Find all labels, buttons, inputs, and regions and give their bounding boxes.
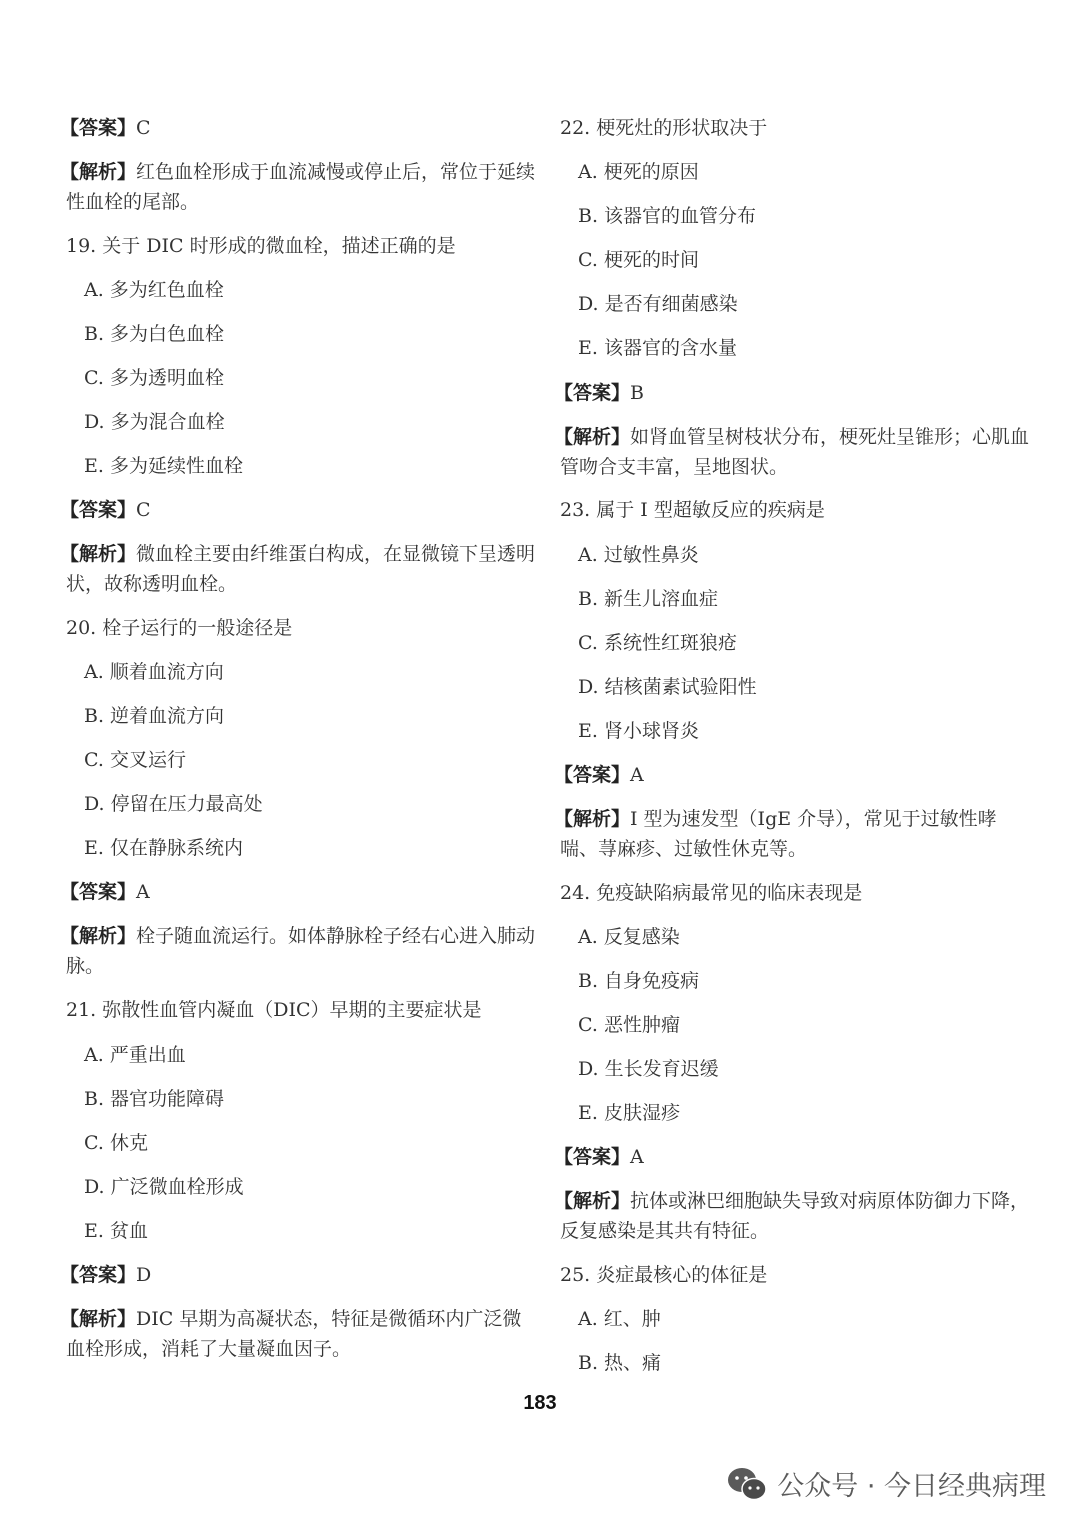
analysis-text: 抗体或淋巴细胞缺失导致对病原体防御力下降，反复感染是其共有特征。 (560, 1190, 1029, 1242)
analysis-label: 【解析】 (60, 161, 136, 183)
answer-value: A (630, 764, 644, 786)
analysis-block: 【解析】红色血栓形成于血流减慢或停止后，常位于延续性血栓的尾部。 (66, 157, 536, 217)
answer-label: 【答案】 (60, 881, 136, 903)
option: D. 停留在压力最高处 (66, 789, 554, 819)
question-25: 25. 炎症最核心的体征是 (560, 1260, 1030, 1290)
question-20: 20. 栓子运行的一般途径是 (66, 613, 536, 643)
option: E. 多为延续性血栓 (66, 451, 554, 481)
wechat-icon (725, 1466, 769, 1502)
analysis-block: 【解析】微血栓主要由纤维蛋白构成，在显微镜下呈透明状，故称透明血栓。 (66, 539, 536, 599)
option: D. 生长发育迟缓 (560, 1054, 1048, 1084)
option: B. 多为白色血栓 (66, 319, 554, 349)
option: B. 该器官的血管分布 (560, 201, 1048, 231)
answer-value: A (630, 1146, 644, 1168)
option: A. 顺着血流方向 (66, 657, 554, 687)
analysis-label: 【解析】 (60, 925, 136, 947)
answer-line: 【答案】B (560, 378, 1030, 408)
option: C. 恶性肿瘤 (560, 1010, 1048, 1040)
answer-label: 【答案】 (554, 764, 630, 786)
answer-line: 【答案】D (66, 1260, 536, 1290)
answer-line: 【答案】A (560, 1142, 1030, 1172)
question-19: 19. 关于 DIC 时形成的微血栓，描述正确的是 (66, 231, 536, 261)
option: D. 结核菌素试验阳性 (560, 672, 1048, 702)
option: E. 贫血 (66, 1216, 554, 1246)
page-number: 183 (0, 1392, 1080, 1415)
option: A. 多为红色血栓 (66, 275, 554, 305)
option: C. 休克 (66, 1128, 554, 1158)
answer-line: 【答案】A (560, 760, 1030, 790)
question-23: 23. 属于 I 型超敏反应的疾病是 (560, 495, 1030, 525)
analysis-block: 【解析】DIC 早期为高凝状态，特征是微循环内广泛微血栓形成，消耗了大量凝血因子… (66, 1304, 536, 1364)
analysis-block: 【解析】抗体或淋巴细胞缺失导致对病原体防御力下降，反复感染是其共有特征。 (560, 1186, 1030, 1246)
option: C. 多为透明血栓 (66, 363, 554, 393)
question-24: 24. 免疫缺陷病最常见的临床表现是 (560, 878, 1030, 908)
option: C. 梗死的时间 (560, 245, 1048, 275)
answer-label: 【答案】 (60, 499, 136, 521)
analysis-text: 微血栓主要由纤维蛋白构成，在显微镜下呈透明状，故称透明血栓。 (66, 543, 535, 595)
watermark-text: 公众号 · 今日经典病理 (777, 1464, 1046, 1503)
analysis-label: 【解析】 (554, 1190, 630, 1212)
option: B. 器官功能障碍 (66, 1084, 554, 1114)
analysis-block: 【解析】栓子随血流运行。如体静脉栓子经右心进入肺动脉。 (66, 921, 536, 981)
answer-label: 【答案】 (554, 1146, 630, 1168)
analysis-label: 【解析】 (60, 1308, 136, 1330)
option: C. 交叉运行 (66, 745, 554, 775)
watermark: 公众号 · 今日经典病理 (725, 1464, 1046, 1503)
option: E. 肾小球肾炎 (560, 716, 1048, 746)
analysis-label: 【解析】 (554, 426, 630, 448)
answer-value: B (630, 382, 644, 404)
answer-line: 【答案】C (66, 495, 536, 525)
answer-value: D (136, 1264, 151, 1286)
analysis-block: 【解析】如肾血管呈树枝状分布，梗死灶呈锥形；心肌血管吻合支丰富，呈地图状。 (560, 422, 1030, 482)
answer-value: C (136, 117, 151, 139)
option: A. 严重出血 (66, 1040, 554, 1070)
analysis-block: 【解析】I 型为速发型（IgE 介导），常见于过敏性哮喘、荨麻疹、过敏性休克等。 (560, 804, 1030, 864)
option: A. 反复感染 (560, 922, 1048, 952)
option: B. 逆着血流方向 (66, 701, 554, 731)
answer-line: 【答案】A (66, 877, 536, 907)
option: A. 梗死的原因 (560, 157, 1048, 187)
analysis-label: 【解析】 (554, 808, 630, 830)
answer-line: 【答案】C (66, 113, 536, 143)
answer-label: 【答案】 (60, 1264, 136, 1286)
answer-value: A (136, 881, 150, 903)
analysis-text: 红色血栓形成于血流减慢或停止后，常位于延续性血栓的尾部。 (66, 161, 535, 213)
question-21: 21. 弥散性血管内凝血（DIC）早期的主要症状是 (66, 995, 536, 1025)
option: D. 广泛微血栓形成 (66, 1172, 554, 1202)
option: E. 该器官的含水量 (560, 333, 1048, 363)
analysis-text: 如肾血管呈树枝状分布，梗死灶呈锥形；心肌血管吻合支丰富，呈地图状。 (560, 426, 1029, 478)
option: D. 多为混合血栓 (66, 407, 554, 437)
option: E. 仅在静脉系统内 (66, 833, 554, 863)
answer-label: 【答案】 (554, 382, 630, 404)
question-22: 22. 梗死灶的形状取决于 (560, 113, 1030, 143)
answer-label: 【答案】 (60, 117, 136, 139)
answer-value: C (136, 499, 151, 521)
option: E. 皮肤湿疹 (560, 1098, 1048, 1128)
option: C. 系统性红斑狼疮 (560, 628, 1048, 658)
option: B. 自身免疫病 (560, 966, 1048, 996)
option: A. 红、肿 (560, 1304, 1048, 1334)
option: B. 新生儿溶血症 (560, 584, 1048, 614)
analysis-text: 栓子随血流运行。如体静脉栓子经右心进入肺动脉。 (66, 925, 535, 977)
analysis-label: 【解析】 (60, 543, 136, 565)
option: A. 过敏性鼻炎 (560, 540, 1048, 570)
option: B. 热、痛 (560, 1348, 1048, 1378)
option: D. 是否有细菌感染 (560, 289, 1048, 319)
